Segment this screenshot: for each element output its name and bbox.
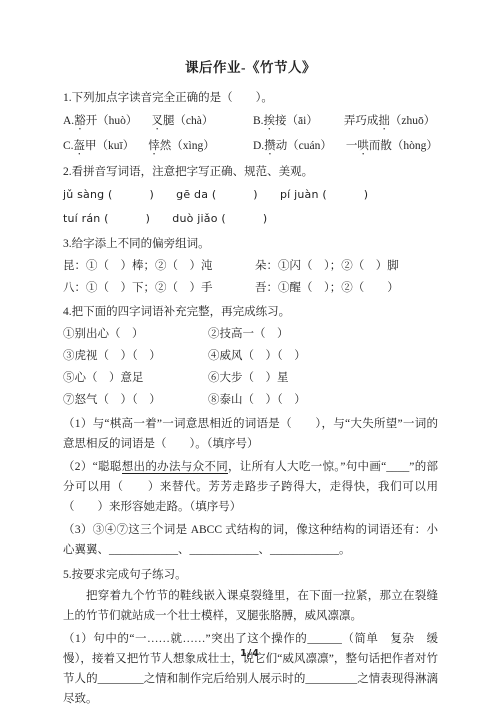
underlined-phrase: 想出的办法与众不同 bbox=[122, 461, 228, 474]
emphasized-char: 悻 bbox=[148, 140, 160, 152]
q4-stem: 4.把下面的四字词语补充完整，再完成练习。 bbox=[63, 302, 438, 323]
option-label: B. bbox=[253, 115, 264, 127]
q4-item-6: ⑥大步（ ）星 bbox=[208, 367, 438, 389]
q4-item-3: ③虎视（ ）（ ） bbox=[63, 345, 208, 367]
q1-options-row-1: A.豁开（huò）叉腿（chà） B.挨接（āi）弄巧成拙（zhuō） bbox=[63, 109, 438, 134]
q2-stem: 2.看拼音写词语，注意把字写正确、规范、美观。 bbox=[63, 162, 438, 183]
emphasized-char: 哄 bbox=[357, 140, 369, 152]
q1-stem: 1.下列加点字读音完全正确的是（ ）。 bbox=[63, 88, 438, 109]
emphasized-char: 挨 bbox=[264, 115, 276, 127]
page-title: 课后作业-《竹节人》 bbox=[63, 56, 438, 76]
q1-option-a: A.豁开（huò）叉腿（chà） bbox=[63, 109, 253, 134]
q4-item-1: ①别出心（ ） bbox=[63, 323, 208, 345]
q1-options-row-2: C.盔甲（kuī）悻然（xìng） D.攒动（cuán）一哄而散（hòng） bbox=[63, 134, 438, 159]
q2-pinyin-line-2: tuí rán ( ) duò jiǎo ( ) bbox=[63, 207, 438, 231]
worksheet-page: 课后作业-《竹节人》 1.下列加点字读音完全正确的是（ ）。 A.豁开（huò）… bbox=[0, 0, 500, 707]
q3-row-2: 八：①（ ）下；②（ ）手 吾：①醒（ ）；②（ ） bbox=[63, 277, 438, 299]
q5-stem: 5.按要求完成句子练习。 bbox=[63, 565, 438, 586]
q4-item-2: ②技高一（ ） bbox=[208, 323, 438, 345]
option-label: A. bbox=[63, 115, 74, 127]
emphasized-char: 拙 bbox=[378, 115, 390, 127]
q3-row1-left: 昆：①（ ）棒；②（ ）沌 bbox=[63, 255, 255, 277]
q3-row2-left: 八：①（ ）下；②（ ）手 bbox=[63, 277, 255, 299]
q5-passage: 把穿着九个竹节的鞋线嵌入课桌裂缝里，在下面一拉紧，那立在裂缝上的竹节们就站成一个… bbox=[63, 586, 438, 626]
q2-pinyin-line-1: jǔ sàng ( ) gē da ( ) pí juàn ( ) bbox=[63, 183, 438, 207]
emphasized-char: 叉 bbox=[151, 115, 163, 127]
q3-row-1: 昆：①（ ）棒；②（ ）沌 朵：①闪（ ）；②（ ）脚 bbox=[63, 255, 438, 277]
q4-word-grid: ①别出心（ ） ②技高一（ ） ③虎视（ ）（ ） ④威风（ ）（ ） ⑤心（ … bbox=[63, 323, 438, 411]
q5-sub1: （1）句中的“一……就……”突出了这个操作的______（简单 复杂 缓慢），接… bbox=[63, 629, 438, 707]
page-number: 1/4 bbox=[0, 648, 500, 659]
q3-row1-right: 朵：①闪（ ）；②（ ）脚 bbox=[255, 255, 438, 277]
q4-sub1: （1）与“棋高一着”一词意思相近的词语是（ ），与“大失所望”一词的意思相反的词… bbox=[63, 414, 438, 454]
q4-sub3: （3）③④⑦这三个词是 ABCC 式结构的词，像这种结构的词语还有：小心翼翼、_… bbox=[63, 520, 438, 560]
q4-item-5: ⑤心（ ）意足 bbox=[63, 367, 208, 389]
q4-item-4: ④威风（ ）（ ） bbox=[208, 345, 438, 367]
q1-option-c: C.盔甲（kuī）悻然（xìng） bbox=[63, 134, 253, 159]
emphasized-char: 盔 bbox=[74, 140, 86, 152]
q3-row2-right: 吾：①醒（ ）；②（ ） bbox=[255, 277, 438, 299]
q1-option-d: D.攒动（cuán）一哄而散（hòng） bbox=[253, 134, 438, 159]
q1-option-b: B.挨接（āi）弄巧成拙（zhuō） bbox=[253, 109, 438, 134]
q4-item-8: ⑧泰山（ ）（ ） bbox=[208, 389, 438, 411]
q4-item-7: ⑦怒气（ ）（ ） bbox=[63, 389, 208, 411]
option-label: C. bbox=[63, 140, 74, 152]
emphasized-char: 攒 bbox=[264, 140, 276, 152]
option-label: D. bbox=[253, 140, 264, 152]
emphasized-char: 豁 bbox=[74, 115, 86, 127]
q3-stem: 3.给字添上不同的偏旁组词。 bbox=[63, 234, 438, 255]
q4-sub2: （2）“聪聪想出的办法与众不同，让所有人大吃一惊。”句中画“____”的部分可以… bbox=[63, 457, 438, 517]
